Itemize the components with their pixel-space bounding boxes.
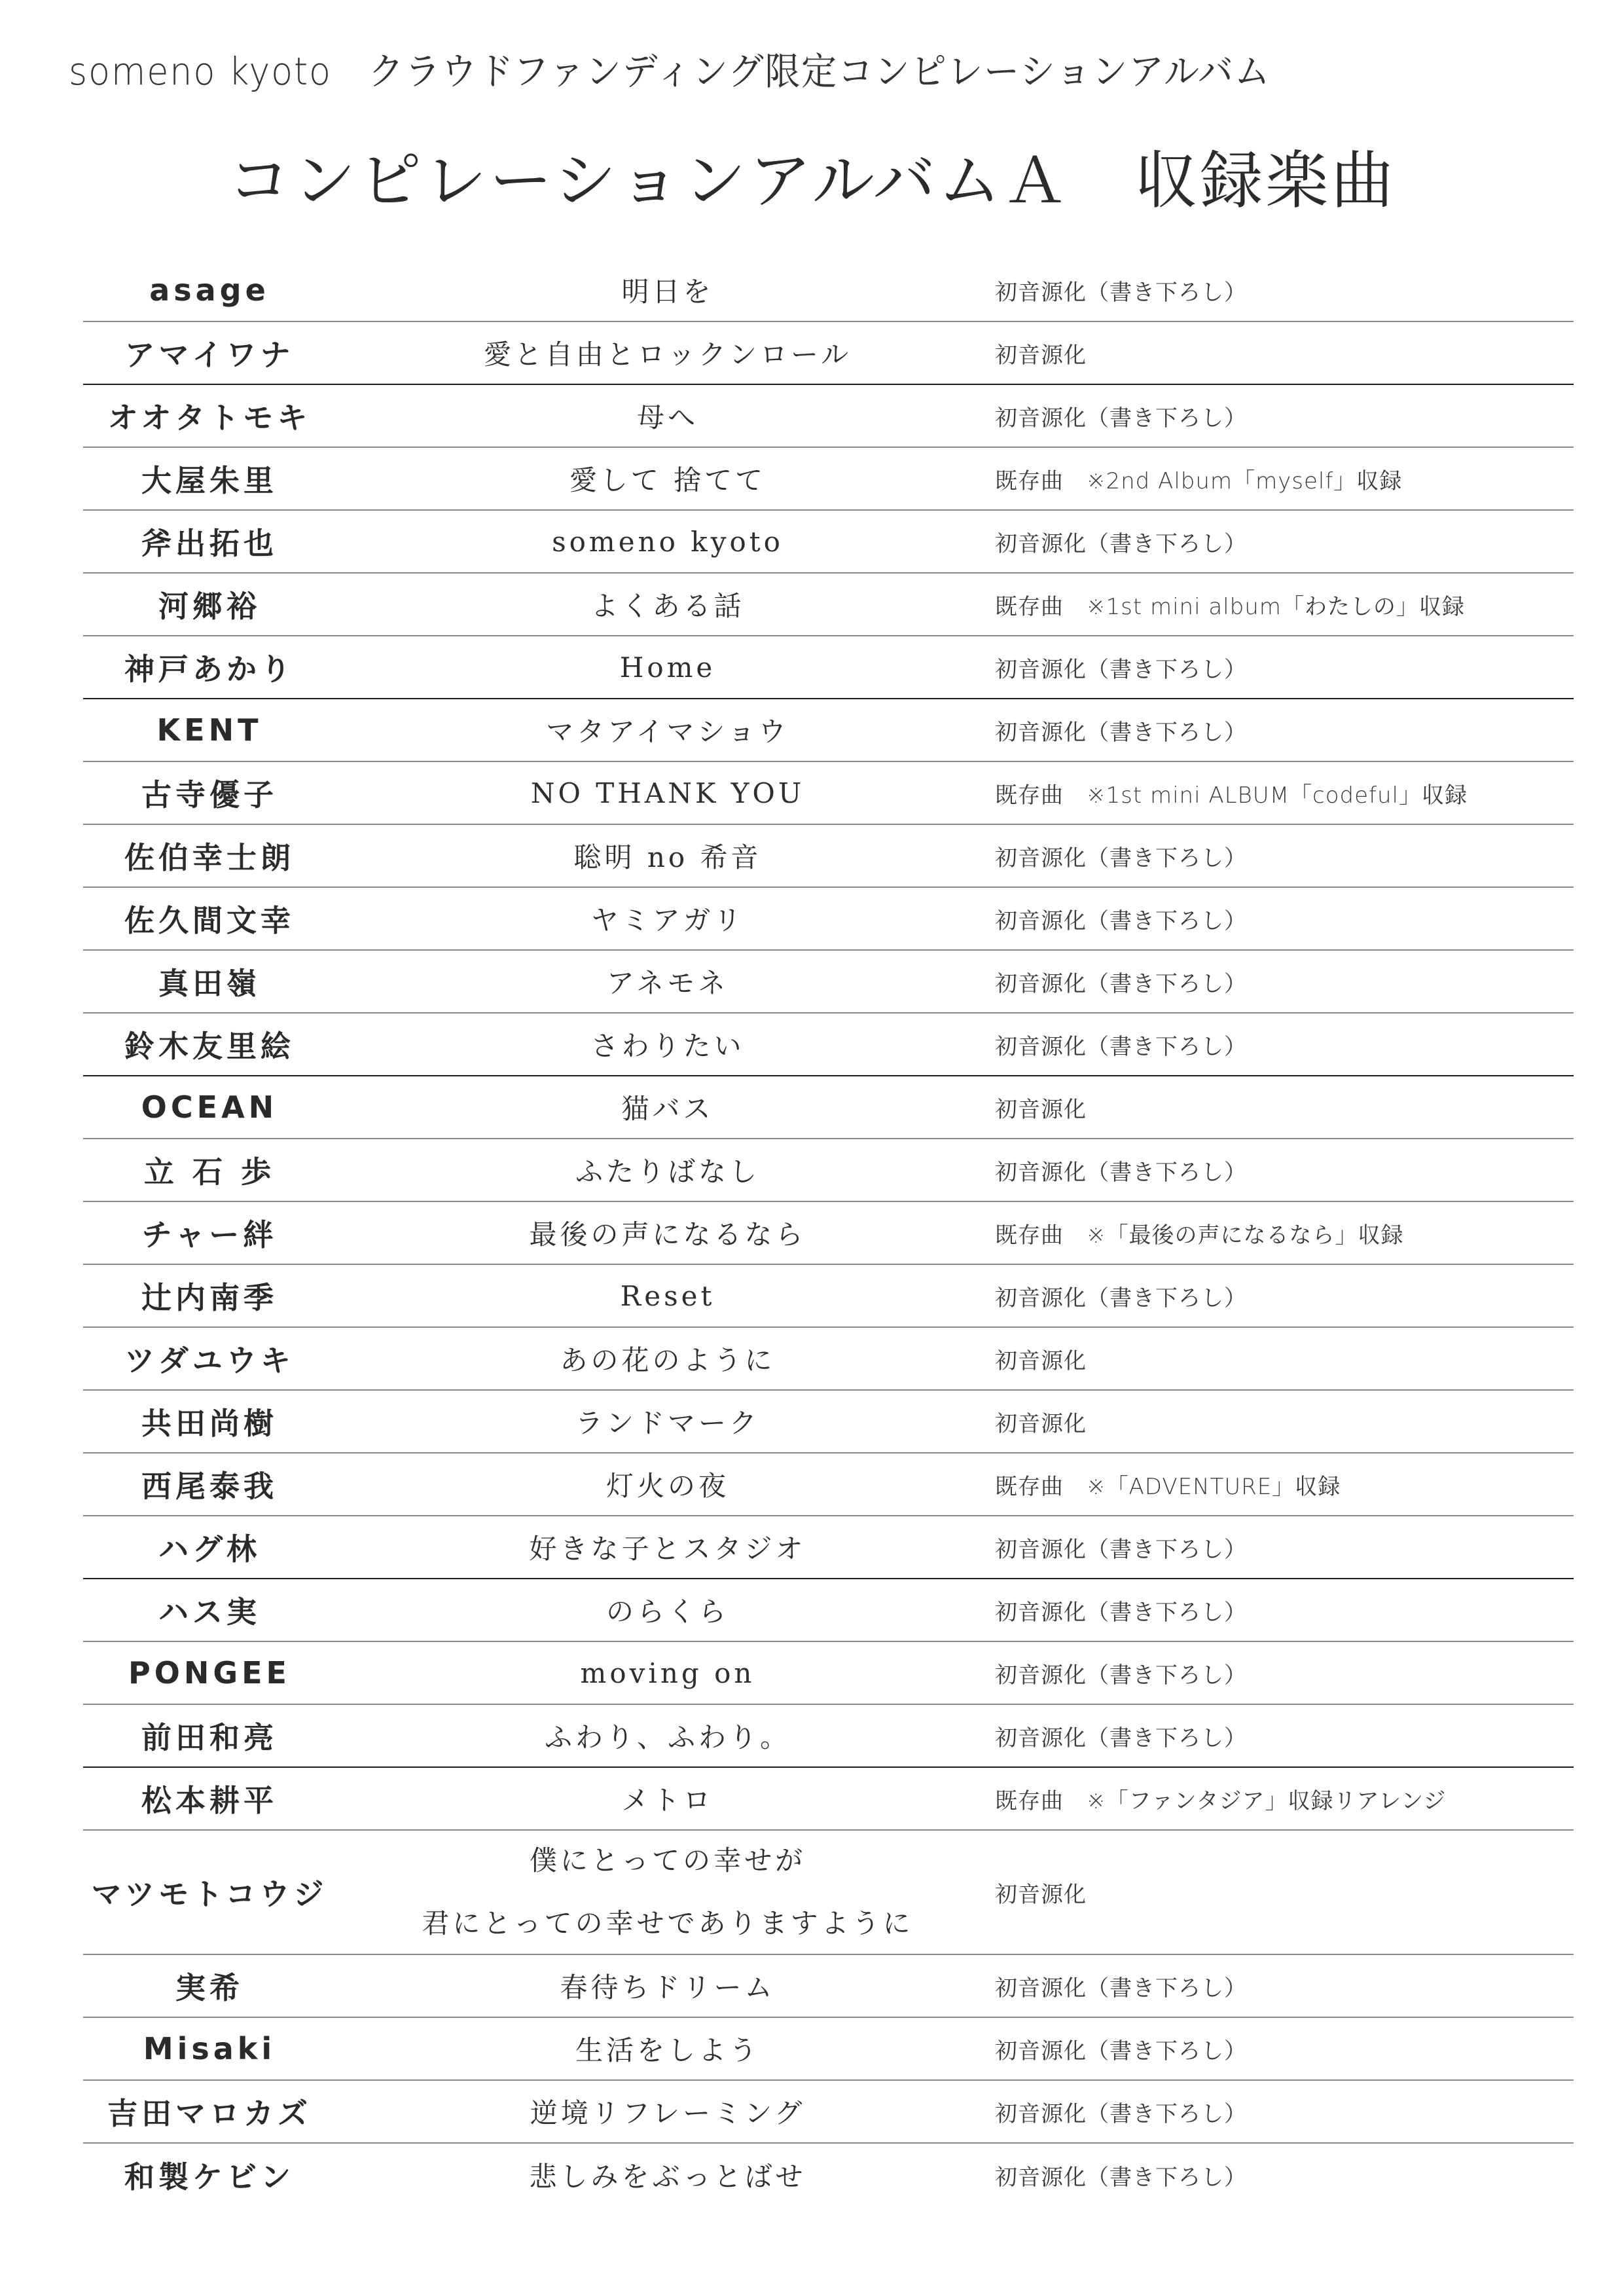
- track-row: ハグ林 好きな子とスタジオ 初音源化（書き下ろし）: [83, 1516, 1574, 1579]
- track-row: OCEAN 猫バス 初音源化: [83, 1076, 1574, 1139]
- track-row: PONGEE moving on 初音源化（書き下ろし）: [83, 1642, 1574, 1705]
- track-note: 初音源化（書き下ろし）: [995, 1642, 1571, 1704]
- artist-name: 西尾泰我: [83, 1454, 336, 1515]
- song-title: 愛して 捨てて: [371, 448, 964, 509]
- artist-name: マツモトコウジ: [83, 1831, 336, 1954]
- song-title: ふわり、ふわり。: [371, 1705, 964, 1766]
- track-note: 初音源化（書き下ろし）: [995, 385, 1571, 447]
- track-note: 既存曲 ※1st mini ALBUM「codeful」収録: [995, 762, 1571, 824]
- artist-name: 実希: [83, 1955, 336, 2017]
- song-title: 生活をしよう: [371, 2018, 964, 2079]
- track-row: 佐伯幸士朗 聡明 no 希音 初音源化（書き下ろし）: [83, 825, 1574, 888]
- song-title: メトロ: [371, 1768, 964, 1829]
- track-row: 西尾泰我 灯火の夜 既存曲 ※「ADVENTURE」収録: [83, 1454, 1574, 1516]
- artist-name: 前田和亮: [83, 1705, 336, 1766]
- track-note: 初音源化（書き下ろし）: [995, 1955, 1571, 2017]
- song-title: 最後の声になるなら: [371, 1202, 964, 1264]
- track-row: 実希 春待ちドリーム 初音源化（書き下ろし）: [83, 1955, 1574, 2018]
- track-note: 初音源化（書き下ろし）: [995, 825, 1571, 887]
- track-row: 共田尚樹 ランドマーク 初音源化: [83, 1391, 1574, 1454]
- song-title: NO THANK YOU: [371, 762, 964, 824]
- artist-name: 河郷裕: [83, 574, 336, 635]
- track-row: 鈴木友里絵 さわりたい 初音源化（書き下ろし）: [83, 1014, 1574, 1076]
- song-title: moving on: [371, 1642, 964, 1704]
- artist-name: 辻内南季: [83, 1265, 336, 1326]
- track-note: 初音源化: [995, 322, 1571, 384]
- song-title: 母へ: [371, 385, 964, 447]
- track-note: 既存曲 ※「最後の声になるなら」収録: [995, 1202, 1571, 1264]
- track-note: 初音源化（書き下ろし）: [995, 1705, 1571, 1766]
- track-note: 初音源化: [995, 1328, 1571, 1389]
- song-title: 愛と自由とロックンロール: [371, 322, 964, 384]
- song-title: someno kyoto: [371, 511, 964, 572]
- track-row: KENT マタアイマショウ 初音源化（書き下ろし）: [83, 699, 1574, 762]
- track-note: 初音源化（書き下ろし）: [995, 1139, 1571, 1201]
- artist-name: ツダユウキ: [83, 1328, 336, 1389]
- track-note: 既存曲 ※「ADVENTURE」収録: [995, 1454, 1571, 1515]
- song-title: 猫バス: [371, 1076, 964, 1138]
- track-note: 初音源化（書き下ろし）: [995, 636, 1571, 698]
- track-row: ハス実 のらくら 初音源化（書き下ろし）: [83, 1579, 1574, 1642]
- artist-name: オオタトモキ: [83, 385, 336, 447]
- track-row: マツモトコウジ 僕にとっての幸せが 君にとっての幸せでありますように 初音源化: [83, 1831, 1574, 1955]
- track-note: 初音源化（書き下ろし）: [995, 1014, 1571, 1075]
- page-title: コンピレーションアルバムＡ 収録楽曲: [0, 131, 1624, 221]
- artist-name: チャー絆: [83, 1202, 336, 1264]
- track-note: 初音源化（書き下ろし）: [995, 1265, 1571, 1326]
- song-title: 聡明 no 希音: [371, 825, 964, 887]
- track-note: 初音源化（書き下ろし）: [995, 951, 1571, 1012]
- artist-name: KENT: [83, 699, 336, 761]
- track-row: アマイワナ 愛と自由とロックンロール 初音源化: [83, 322, 1574, 385]
- artist-name: Misaki: [83, 2018, 336, 2079]
- artist-name: 真田嶺: [83, 951, 336, 1012]
- track-row: Misaki 生活をしよう 初音源化（書き下ろし）: [83, 2018, 1574, 2081]
- track-note: 初音源化（書き下ろし）: [995, 259, 1571, 321]
- song-title-line-1: 僕にとっての幸せが: [530, 1829, 806, 1892]
- song-title: よくある話: [371, 574, 964, 635]
- artist-name: 共田尚樹: [83, 1391, 336, 1452]
- artist-name: 佐伯幸士朗: [83, 825, 336, 887]
- song-title: マタアイマショウ: [371, 699, 964, 761]
- song-title: あの花のように: [371, 1328, 964, 1389]
- artist-name: 吉田マロカズ: [83, 2081, 336, 2142]
- track-row: 河郷裕 よくある話 既存曲 ※1st mini album「わたしの」収録: [83, 574, 1574, 636]
- track-note: 既存曲 ※2nd Album「myself」収録: [995, 448, 1571, 509]
- track-row: 松本耕平 メトロ 既存曲 ※「ファンタジア」収録リアレンジ: [83, 1768, 1574, 1831]
- track-row: 斧出拓也 someno kyoto 初音源化（書き下ろし）: [83, 511, 1574, 574]
- song-title: ヤミアガリ: [371, 888, 964, 949]
- track-row: 古寺優子 NO THANK YOU 既存曲 ※1st mini ALBUM「co…: [83, 762, 1574, 825]
- track-row: asage 明日を 初音源化（書き下ろし）: [83, 259, 1574, 322]
- artist-name: OCEAN: [83, 1076, 336, 1138]
- track-note: 既存曲 ※「ファンタジア」収録リアレンジ: [995, 1768, 1571, 1829]
- artist-name: 古寺優子: [83, 762, 336, 824]
- artist-name: 立 石 歩: [83, 1139, 336, 1201]
- track-row: 神戸あかり Home 初音源化（書き下ろし）: [83, 636, 1574, 699]
- track-note: 初音源化（書き下ろし）: [995, 888, 1571, 949]
- track-row: 佐久間文幸 ヤミアガリ 初音源化（書き下ろし）: [83, 888, 1574, 951]
- artist-name: PONGEE: [83, 1642, 336, 1704]
- song-title: 逆境リフレーミング: [371, 2081, 964, 2142]
- song-title: 明日を: [371, 259, 964, 321]
- track-row: 大屋朱里 愛して 捨てて 既存曲 ※2nd Album「myself」収録: [83, 448, 1574, 511]
- track-note: 初音源化（書き下ろし）: [995, 2081, 1571, 2142]
- track-note: 初音源化（書き下ろし）: [995, 1516, 1571, 1578]
- artist-name: ハグ林: [83, 1516, 336, 1578]
- track-row: 和製ケビン 悲しみをぶっとばせ 初音源化（書き下ろし）: [83, 2144, 1574, 2206]
- track-note: 初音源化: [995, 1076, 1571, 1138]
- artist-name: アマイワナ: [83, 322, 336, 384]
- track-row: 吉田マロカズ 逆境リフレーミング 初音源化（書き下ろし）: [83, 2081, 1574, 2144]
- track-note: 初音源化（書き下ろし）: [995, 2144, 1571, 2206]
- song-title: Home: [371, 636, 964, 698]
- track-note: 初音源化: [995, 1391, 1571, 1452]
- artist-name: 佐久間文幸: [83, 888, 336, 949]
- artist-name: 大屋朱里: [83, 448, 336, 509]
- song-title: アネモネ: [371, 951, 964, 1012]
- artist-name: 斧出拓也: [83, 511, 336, 572]
- track-note: 初音源化（書き下ろし）: [995, 511, 1571, 572]
- song-title-line-2: 君にとっての幸せでありますように: [422, 1892, 913, 1955]
- song-title: 悲しみをぶっとばせ: [371, 2144, 964, 2206]
- song-title: Reset: [371, 1265, 964, 1326]
- artist-name: 神戸あかり: [83, 636, 336, 698]
- track-note: 初音源化: [995, 1831, 1571, 1954]
- track-note: 初音源化（書き下ろし）: [995, 699, 1571, 761]
- artist-name: asage: [83, 259, 336, 321]
- track-row: 辻内南季 Reset 初音源化（書き下ろし）: [83, 1265, 1574, 1328]
- artist-name: 鈴木友里絵: [83, 1014, 336, 1075]
- song-title: さわりたい: [371, 1014, 964, 1075]
- song-title: ランドマーク: [371, 1391, 964, 1452]
- track-row: 立 石 歩 ふたりばなし 初音源化（書き下ろし）: [83, 1139, 1574, 1202]
- document-subtitle: someno kyoto クラウドファンディング限定コンピレーションアルバム: [69, 41, 1271, 96]
- song-title: 春待ちドリーム: [371, 1955, 964, 2017]
- track-note: 初音源化（書き下ろし）: [995, 2018, 1571, 2079]
- song-title: 灯火の夜: [371, 1454, 964, 1515]
- track-note: 既存曲 ※1st mini album「わたしの」収録: [995, 574, 1571, 635]
- track-list: asage 明日を 初音源化（書き下ろし） アマイワナ 愛と自由とロックンロール…: [83, 259, 1574, 2206]
- track-row: 真田嶺 アネモネ 初音源化（書き下ろし）: [83, 951, 1574, 1014]
- track-row: チャー絆 最後の声になるなら 既存曲 ※「最後の声になるなら」収録: [83, 1202, 1574, 1265]
- song-title: のらくら: [371, 1579, 964, 1641]
- track-row: ツダユウキ あの花のように 初音源化: [83, 1328, 1574, 1391]
- track-row: 前田和亮 ふわり、ふわり。 初音源化（書き下ろし）: [83, 1705, 1574, 1768]
- song-title: 僕にとっての幸せが 君にとっての幸せでありますように: [371, 1831, 964, 1954]
- artist-name: 和製ケビン: [83, 2144, 336, 2206]
- track-row: オオタトモキ 母へ 初音源化（書き下ろし）: [83, 385, 1574, 448]
- artist-name: 松本耕平: [83, 1768, 336, 1829]
- artist-name: ハス実: [83, 1579, 336, 1641]
- song-title: 好きな子とスタジオ: [371, 1516, 964, 1578]
- song-title: ふたりばなし: [371, 1139, 964, 1201]
- track-note: 初音源化（書き下ろし）: [995, 1579, 1571, 1641]
